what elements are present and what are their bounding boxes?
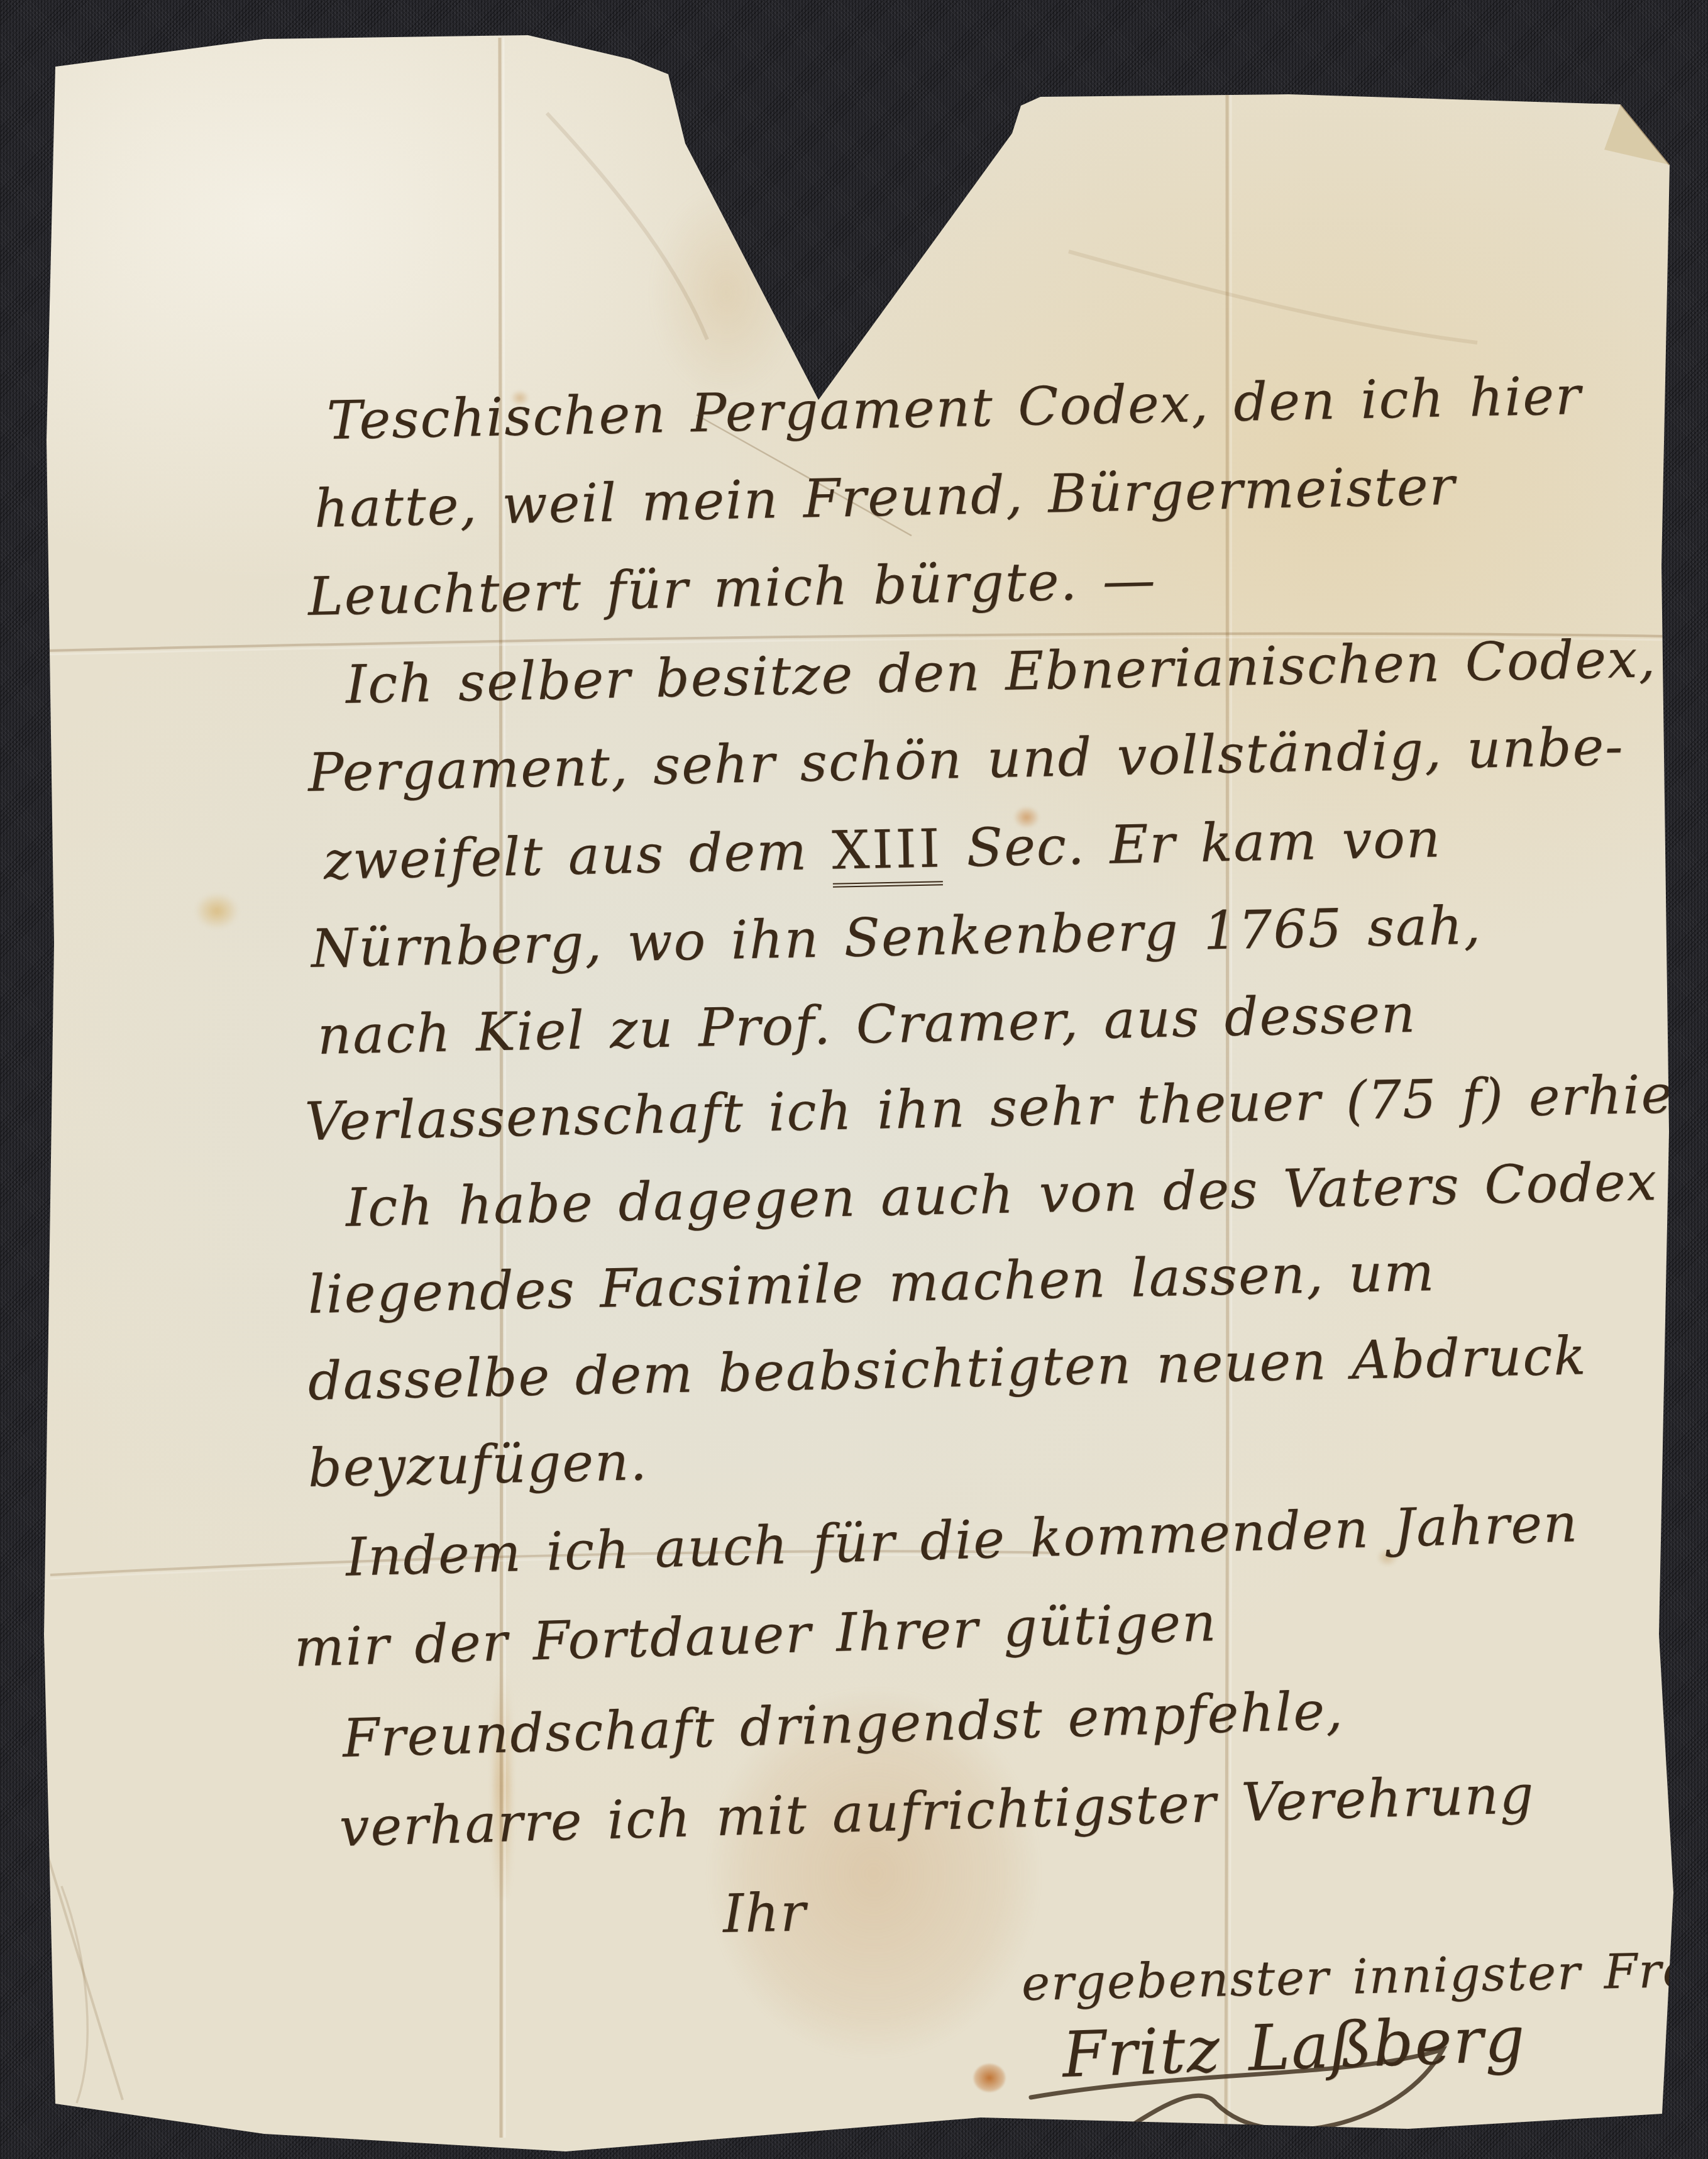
letter-body-text: Teschischen Pergament Codex, den ich hie… <box>0 0 1708 2159</box>
roman-numeral-underlined: XIII <box>832 817 943 887</box>
line-segment: zweifelt aus dem <box>323 820 832 892</box>
letter-line: zweifelt aus dem XIII Sec. Er kam von <box>323 807 1442 892</box>
letter-line: Pergament, sehr schön und vollständig, u… <box>307 715 1624 803</box>
letter-closing: ergebenster innigster Freund <box>1021 1940 1708 2011</box>
letter-line: nach Kiel zu Prof. Cramer, aus dessen <box>317 983 1417 1066</box>
letter-line: Indem ich auch für die kommenden Jahren <box>345 1492 1580 1588</box>
letter-line: Freundschaft dringendst empfehle, <box>342 1680 1345 1769</box>
letter-line: beyzufügen. <box>307 1430 649 1499</box>
letter-line: Leuchtert für mich bürgte. — <box>307 549 1157 627</box>
letter-line: Teschischen Pergament Codex, den ich hie… <box>326 365 1582 451</box>
letter-line: mir der Fortdauer Ihrer gütigen <box>294 1591 1218 1679</box>
letter-paper-sheet: Teschischen Pergament Codex, den ich hie… <box>0 0 1708 2159</box>
letter-line: Nürnberg, wo ihn Senkenberg 1765 sah, <box>311 895 1482 980</box>
line-segment: Sec. Er kam von <box>942 807 1442 879</box>
letter-line: dasselbe dem beabsichtigten neuen Abdruc… <box>307 1325 1587 1412</box>
letter-line: liegendes Facsimile machen lassen, um <box>307 1241 1436 1325</box>
letter-salutation-ihr: Ihr <box>722 1881 807 1945</box>
letter-line: hatte, weil mein Freund, Bürgermeister <box>314 455 1457 539</box>
letter-line: Verlassenschaft ich ihn sehr theuer (75 … <box>304 1062 1708 1152</box>
letter-line: Ich selber besitze den Ebnerianischen Co… <box>345 627 1657 715</box>
letter-line: Ich habe dagegen auch von des Vaters Cod… <box>345 1149 1708 1239</box>
letter-line: verharre ich mit aufrichtigster Verehrun… <box>339 1764 1536 1858</box>
signature: Fritz Laßberg <box>1061 2002 1527 2092</box>
